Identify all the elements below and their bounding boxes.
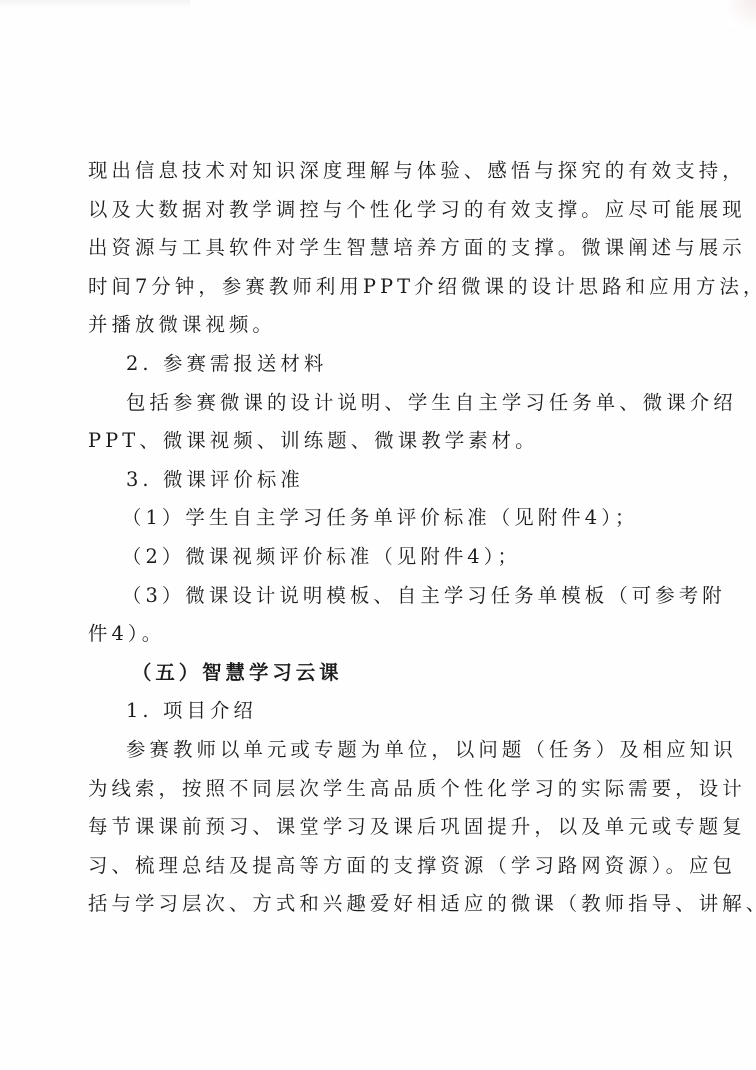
scan-shadow [726, 0, 756, 28]
paragraph-line: 习、梳理总结及提高等方面的支撑资源（学习路网资源）。应包 [88, 847, 670, 886]
paragraph-line: 现出信息技术对知识深度理解与体验、感悟与探究的有效支持， [88, 152, 670, 191]
paragraph-line: 每节课课前预习、课堂学习及课后巩固提升，以及单元或专题复 [88, 808, 670, 847]
paragraph-line: 件4）。 [88, 615, 670, 654]
paragraph-line: 包括参赛微课的设计说明、学生自主学习任务单、微课介绍 [88, 384, 670, 423]
scanned-document-page: 现出信息技术对知识深度理解与体验、感悟与探究的有效支持， 以及大数据对教学调控与… [0, 0, 756, 1070]
paragraph-line: 时间7分钟，参赛教师利用PPT介绍微课的设计思路和应用方法， [88, 268, 670, 307]
paragraph-line: 括与学习层次、方式和兴趣爱好相适应的微课（教师指导、讲解、 [88, 885, 670, 924]
section-heading: （五）智慧学习云课 [88, 654, 670, 693]
paragraph-line: 为线索，按照不同层次学生高品质个性化学习的实际需要，设计 [88, 770, 670, 809]
section-subheading: 2. 参赛需报送材料 [88, 345, 670, 384]
list-item: （2）微课视频评价标准（见附件4）； [88, 538, 670, 577]
list-item: （1）学生自主学习任务单评价标准（见附件4）； [88, 499, 670, 538]
paragraph-line: 并播放微课视频。 [88, 306, 670, 345]
document-body: 现出信息技术对知识深度理解与体验、感悟与探究的有效支持， 以及大数据对教学调控与… [88, 152, 670, 924]
paragraph-line: PPT、微课视频、训练题、微课教学素材。 [88, 422, 670, 461]
paragraph-line: 参赛教师以单元或专题为单位，以问题（任务）及相应知识 [88, 731, 670, 770]
list-item: （3）微课设计说明模板、自主学习任务单模板（可参考附 [88, 577, 670, 616]
section-subheading: 1. 项目介绍 [88, 692, 670, 731]
paragraph-line: 以及大数据对教学调控与个性化学习的有效支撑。应尽可能展现 [88, 191, 670, 230]
paragraph-line: 出资源与工具软件对学生智慧培养方面的支撑。微课阐述与展示 [88, 229, 670, 268]
section-subheading: 3. 微课评价标准 [88, 461, 670, 500]
scan-shadow [0, 0, 190, 8]
